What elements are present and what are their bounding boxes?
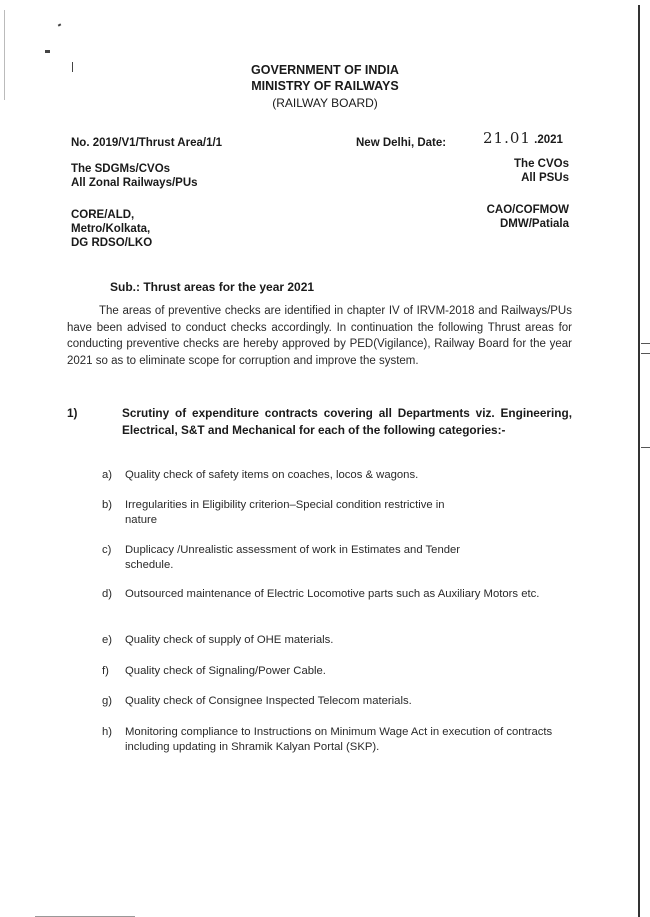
scan-mark	[641, 447, 650, 448]
scan-mark	[641, 353, 650, 354]
sub-item-text: Duplicacy /Unrealistic assessment of wor…	[125, 543, 475, 572]
sub-item-text: Quality check of safety items on coaches…	[125, 468, 575, 483]
handwritten-date: 21.01	[483, 129, 531, 147]
addressee-left-1b: All Zonal Railways/PUs	[71, 176, 198, 190]
thrust-area-number: 1)	[67, 405, 78, 422]
thrust-area-title: Scrutiny of expenditure contracts coveri…	[122, 405, 572, 438]
scan-speck	[45, 50, 50, 53]
addressee-right-1a: The CVOs	[514, 157, 569, 171]
addressee-right-2a: CAO/COFMOW	[487, 203, 569, 217]
addressee-left-1a: The SDGMs/CVOs	[71, 162, 170, 176]
thrust-area-1: 1) Scrutiny of expenditure contracts cov…	[67, 405, 577, 455]
sub-item-label: a)	[102, 468, 112, 483]
sub-item-text: Monitoring compliance to Instructions on…	[125, 725, 570, 754]
sub-item-label: h)	[102, 725, 112, 740]
sub-item-text: Quality check of supply of OHE materials…	[125, 633, 575, 648]
sub-item-label: e)	[102, 633, 112, 648]
sub-item-label: c)	[102, 543, 111, 558]
sub-item-text: Irregularities in Eligibility criterion–…	[125, 498, 475, 527]
addressee-left-2b: Metro/Kolkata,	[71, 222, 150, 236]
reference-number: No. 2019/V1/Thrust Area/1/1	[71, 136, 222, 150]
sub-item-text: Outsourced maintenance of Electric Locom…	[125, 587, 570, 602]
sub-item-label: d)	[102, 587, 112, 602]
intro-paragraph-text: The areas of preventive checks are ident…	[67, 305, 572, 367]
scan-speck	[58, 23, 62, 26]
intro-paragraph: The areas of preventive checks are ident…	[67, 303, 572, 369]
letterhead-board: (RAILWAY BOARD)	[0, 95, 650, 112]
letterhead-ministry: MINISTRY OF RAILWAYS	[0, 78, 650, 95]
addressee-left-2a: CORE/ALD,	[71, 208, 134, 222]
letterhead-government: GOVERNMENT OF INDIA	[0, 62, 650, 79]
sub-item-label: g)	[102, 694, 112, 709]
sub-item-text: Quality check of Consignee Inspected Tel…	[125, 694, 575, 709]
addressee-left-2c: DG RDSO/LKO	[71, 236, 152, 250]
subject-line: Sub.: Thrust areas for the year 2021	[110, 280, 314, 294]
scan-mark	[641, 343, 650, 344]
scan-border-line	[638, 5, 640, 917]
sub-item-label: b)	[102, 498, 112, 513]
issue-date: 21.01 .2021	[483, 131, 563, 147]
sub-item-text: Quality check of Signaling/Power Cable.	[125, 664, 575, 679]
date-year: .2021	[534, 134, 563, 146]
addressee-right-2b: DMW/Patiala	[500, 217, 569, 231]
place-date-label: New Delhi, Date:	[356, 136, 446, 150]
addressee-right-1b: All PSUs	[521, 171, 569, 185]
sub-item-label: f)	[102, 664, 109, 679]
